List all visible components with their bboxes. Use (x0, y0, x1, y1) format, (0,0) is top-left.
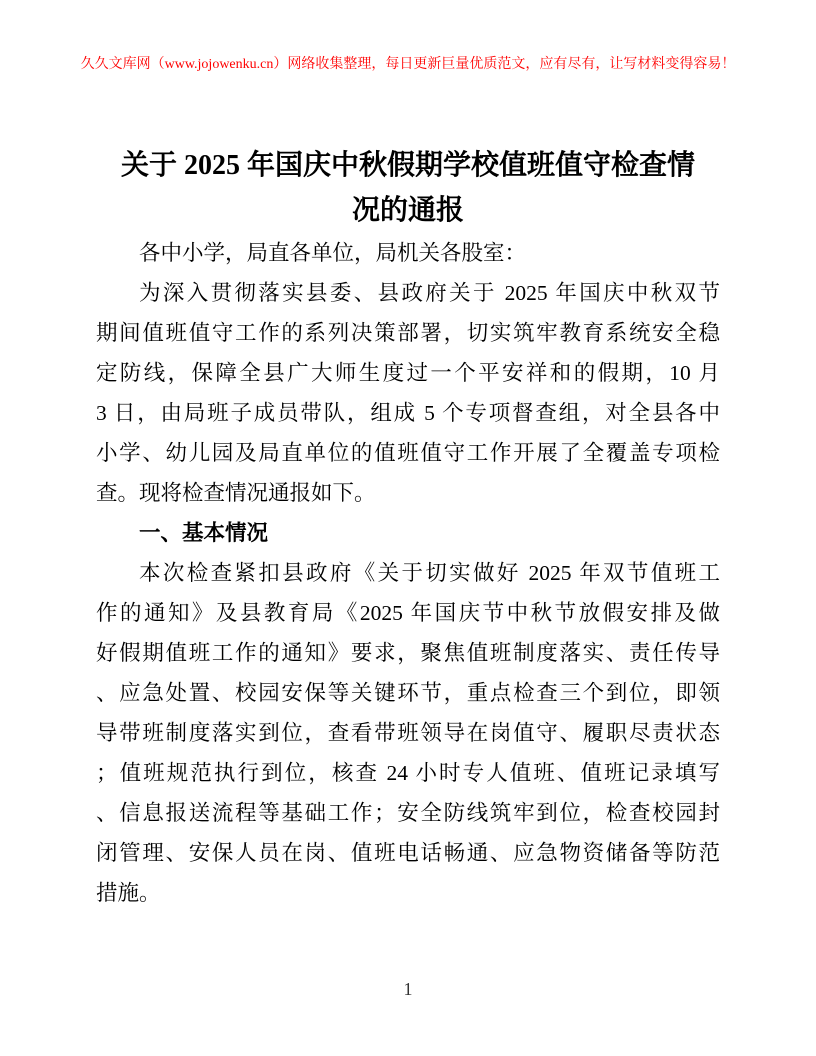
body-line: 措施。 (96, 873, 720, 913)
body-line: 为深入贯彻落实县委、县政府关于 2025 年国庆中秋双节 (96, 273, 720, 313)
body-line: 小学、幼儿园及局直单位的值班值守工作开展了全覆盖专项检 (96, 433, 720, 473)
page-number: 1 (0, 977, 816, 1001)
body-line: 本次检查紧扣县政府《关于切实做好 2025 年双节值班工 (96, 553, 720, 593)
document-page: 久久文库网（www.jojowenku.cn）网络收集整理，每日更新巨量优质范文… (0, 0, 816, 1056)
body-line: 3 日，由局班子成员带队，组成 5 个专项督查组，对全县各中 (96, 393, 720, 433)
body-line: 一、基本情况 (96, 513, 720, 553)
body-line: 各中小学，局直各单位，局机关各股室： (96, 233, 720, 273)
body-line: 查。现将检查情况通报如下。 (96, 473, 720, 513)
body-line: 、信息报送流程等基础工作；安全防线筑牢到位，检查校园封 (96, 793, 720, 833)
body-line: 定防线，保障全县广大师生度过一个平安祥和的假期，10 月 (96, 353, 720, 393)
body-line: ；值班规范执行到位，核查 24 小时专人值班、值班记录填写 (96, 753, 720, 793)
body-line: 导带班制度落实到位，查看带班领导在岗值守、履职尽责状态 (96, 713, 720, 753)
body-line: 好假期值班工作的通知》要求，聚焦值班制度落实、责任传导 (96, 633, 720, 673)
body-line: 、应急处置、校园安保等关键环节，重点检查三个到位，即领 (96, 673, 720, 713)
document-title-line-1: 关于 2025 年国庆中秋假期学校值班值守检查情 (96, 143, 720, 188)
document-title-line-2: 况的通报 (96, 188, 720, 233)
body-lines: 各中小学，局直各单位，局机关各股室：为深入贯彻落实县委、县政府关于 2025 年… (96, 233, 720, 913)
watermark-header: 久久文库网（www.jojowenku.cn）网络收集整理，每日更新巨量优质范文… (0, 55, 816, 75)
body-line: 期间值班值守工作的系列决策部署，切实筑牢教育系统安全稳 (96, 313, 720, 353)
body-line: 闭管理、安保人员在岗、值班电话畅通、应急物资储备等防范 (96, 833, 720, 873)
body-line: 作的通知》及县教育局《2025 年国庆节中秋节放假安排及做 (96, 593, 720, 633)
document-title: 关于 2025 年国庆中秋假期学校值班值守检查情 况的通报 (96, 143, 720, 233)
